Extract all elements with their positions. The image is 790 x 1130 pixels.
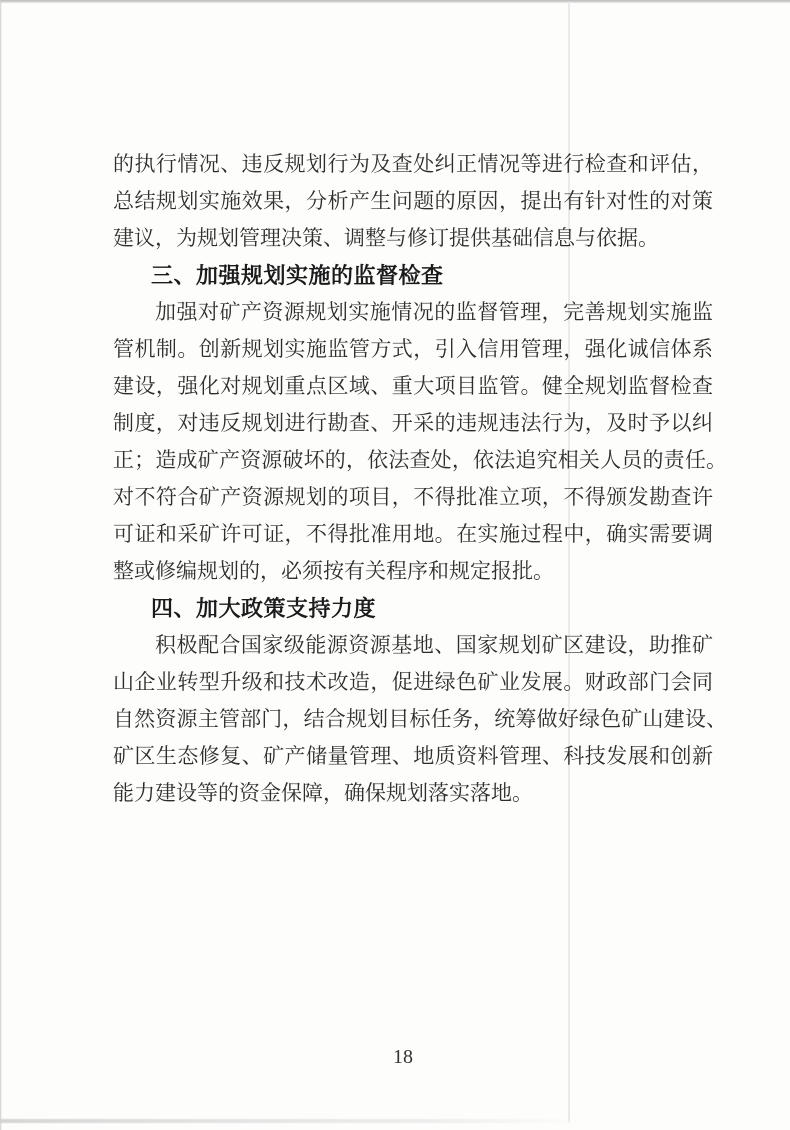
scan-artifact-bottom-smudge xyxy=(0,1119,585,1123)
section4-paragraph-line: 积极配合国家级能源资源基地、国家规划矿区建设，助推矿 xyxy=(113,627,713,664)
section3-paragraph-line: 正；造成矿产资源破坏的，依法查处，依法追究相关人员的责任。 xyxy=(113,442,727,479)
intro-paragraph-line: 建议，为规划管理决策、调整与修订提供基础信息与依据。 xyxy=(113,220,713,257)
section4-paragraph-line: 山企业转型升级和技术改造，促进绿色矿业发展。财政部门会同 xyxy=(113,664,713,701)
document-page: 的执行情况、违反规划行为及查处纠正情况等进行检查和评估， 总结规划实施效果，分析… xyxy=(0,0,790,1130)
intro-paragraph-line: 总结规划实施效果，分析产生问题的原因，提出有针对性的对策 xyxy=(113,183,713,220)
section4-paragraph-line: 自然资源主管部门，结合规划目标任务，统筹做好绿色矿山建设、 xyxy=(113,701,727,738)
section3-paragraph-line: 对不符合矿产资源规划的项目，不得批准立项，不得颁发勘查许 xyxy=(113,479,713,516)
section4-paragraph-line: 矿区生态修复、矿产储量管理、地质资料管理、科技发展和创新 xyxy=(113,738,713,775)
page-number: 18 xyxy=(0,1046,790,1069)
text-block: 的执行情况、违反规划行为及查处纠正情况等进行检查和评估， 总结规划实施效果，分析… xyxy=(113,146,713,812)
section-heading-3: 三、加强规划实施的监督检查 xyxy=(113,257,713,294)
intro-paragraph-line: 的执行情况、违反规划行为及查处纠正情况等进行检查和评估， xyxy=(113,146,713,183)
scan-artifact-top-edge xyxy=(0,0,790,3)
section3-paragraph-line: 建设，强化对规划重点区域、重大项目监管。健全规划监督检查 xyxy=(113,368,713,405)
section3-paragraph-line: 制度，对违反规划进行勘查、开采的违规违法行为，及时予以纠 xyxy=(113,405,713,442)
section3-paragraph-line: 可证和采矿许可证，不得批准用地。在实施过程中，确实需要调 xyxy=(113,516,713,553)
section-heading-4: 四、加大政策支持力度 xyxy=(113,590,713,627)
section3-paragraph-line: 加强对矿产资源规划实施情况的监督管理，完善规划实施监 xyxy=(113,294,713,331)
section3-paragraph-line: 整或修编规划的，必须按有关程序和规定报批。 xyxy=(113,553,713,590)
section3-paragraph-line: 管机制。创新规划实施监管方式，引入信用管理，强化诚信体系 xyxy=(113,331,713,368)
section4-paragraph-line: 能力建设等的资金保障，确保规划落实落地。 xyxy=(113,775,713,812)
scan-artifact-left-edge xyxy=(0,0,2,1130)
